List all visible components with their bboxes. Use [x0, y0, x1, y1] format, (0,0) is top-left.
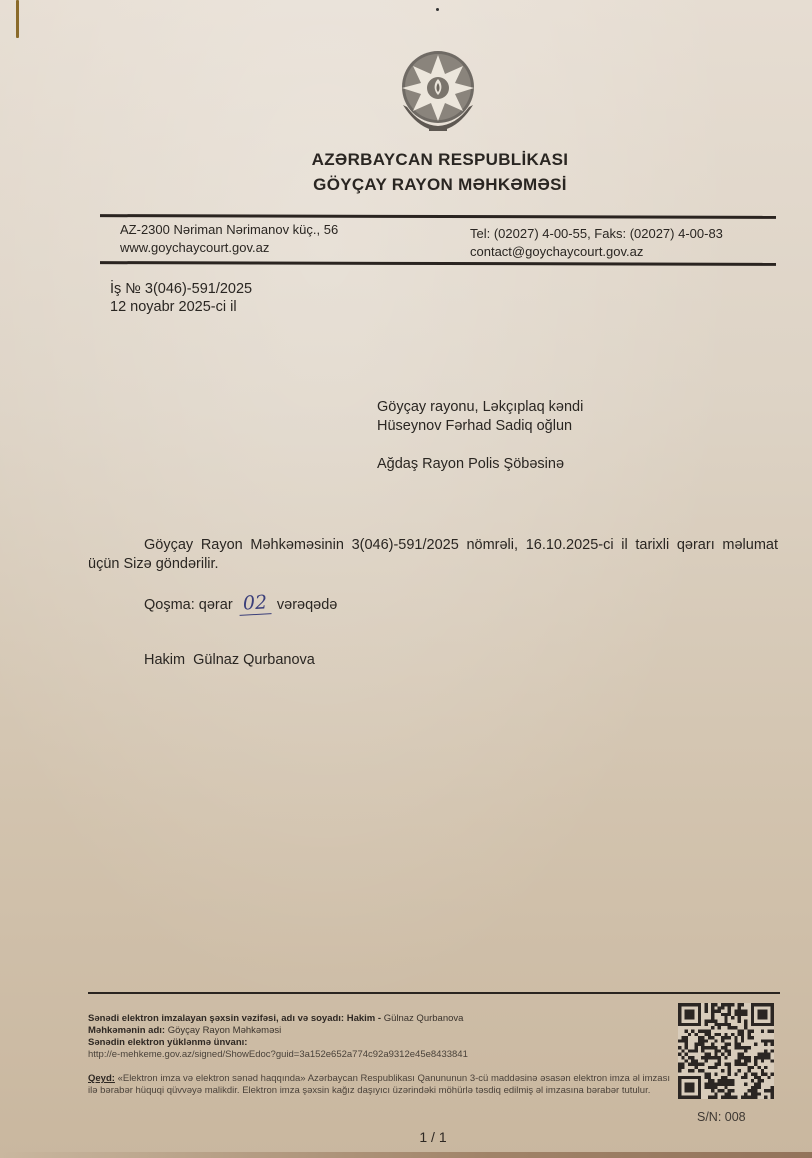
legal-note: Qeyd: «Elektron imza və elektron sənəd h… [88, 1073, 673, 1097]
header-divider-top [100, 214, 776, 219]
case-info: İş № 3(046)-591/2025 12 noyabr 2025-ci i… [110, 280, 252, 316]
court-name-label: Məhkəmənin adı: [88, 1025, 165, 1036]
recipient-block: Göyçay rayonu, Ləkçıplaq kəndi Hüseynov … [377, 398, 583, 474]
court-phone-fax: Tel: (02027) 4-00-55, Faks: (02027) 4-00… [470, 225, 723, 243]
court-contact-block: Tel: (02027) 4-00-55, Faks: (02027) 4-00… [470, 225, 723, 261]
attachment-line: Qoşma: qərar 02 vərəqədə [144, 592, 337, 615]
court-name-value: Göyçay Rayon Məhkəməsi [168, 1025, 282, 1036]
qr-code-icon[interactable] [678, 1003, 774, 1099]
page-number: 1 / 1 [0, 1129, 812, 1145]
letter-body: Göyçay Rayon Məhkəməsinin 3(046)-591/202… [88, 536, 778, 574]
attachment-suffix: vərəqədə [277, 597, 337, 613]
state-emblem-icon [393, 47, 483, 137]
court-address-block: AZ-2300 Nəriman Nərimanov küç., 56 www.g… [120, 221, 338, 257]
recipient-police-department: Ağdaş Rayon Polis Şöbəsinə [377, 455, 583, 474]
court-title: GÖYÇAY RAYON MƏHKƏMƏSİ [0, 175, 812, 195]
footer-divider [88, 992, 780, 994]
paper-bottom-edge [0, 1152, 812, 1158]
case-date: 12 noyabr 2025-ci il [110, 298, 252, 316]
paper-speck [436, 8, 439, 11]
signer-value: Gülnaz Qurbanova [384, 1013, 464, 1024]
upload-address-label: Sənədin elektron yüklənmə ünvanı: [88, 1037, 247, 1048]
recipient-person: Hüseynov Fərhad Sadiq oğlun [377, 417, 583, 436]
judge-signature-line: Hakim Gülnaz Qurbanova [144, 652, 315, 668]
signer-label: Sənədi elektron imzalayan şəxsin vəzifəs… [88, 1013, 381, 1024]
recipient-location: Göyçay rayonu, Ləkçıplaq kəndi [377, 398, 583, 417]
republic-title: AZƏRBAYCAN RESPUBLİKASI [0, 150, 812, 170]
court-website[interactable]: www.goychaycourt.gov.az [120, 239, 338, 257]
paper-fold-mark [16, 0, 19, 38]
attachment-prefix: Qoşma: qərar [144, 597, 233, 613]
e-signature-footer: Sənədi elektron imzalayan şəxsin vəzifəs… [88, 1013, 673, 1097]
paper-background [0, 0, 812, 1158]
serial-number: S/N: 008 [697, 1110, 746, 1124]
handwritten-page-count: 02 [238, 591, 271, 616]
court-address: AZ-2300 Nəriman Nərimanov küç., 56 [120, 221, 338, 239]
note-label: Qeyd: [88, 1073, 115, 1084]
header-divider-bottom [100, 261, 776, 266]
upload-url[interactable]: http://e-mehkeme.gov.az/signed/ShowEdoc?… [88, 1049, 673, 1061]
case-number: İş № 3(046)-591/2025 [110, 280, 252, 298]
court-email[interactable]: contact@goychaycourt.gov.az [470, 243, 723, 261]
note-text: «Elektron imza və elektron sənəd haqqınd… [88, 1073, 670, 1096]
